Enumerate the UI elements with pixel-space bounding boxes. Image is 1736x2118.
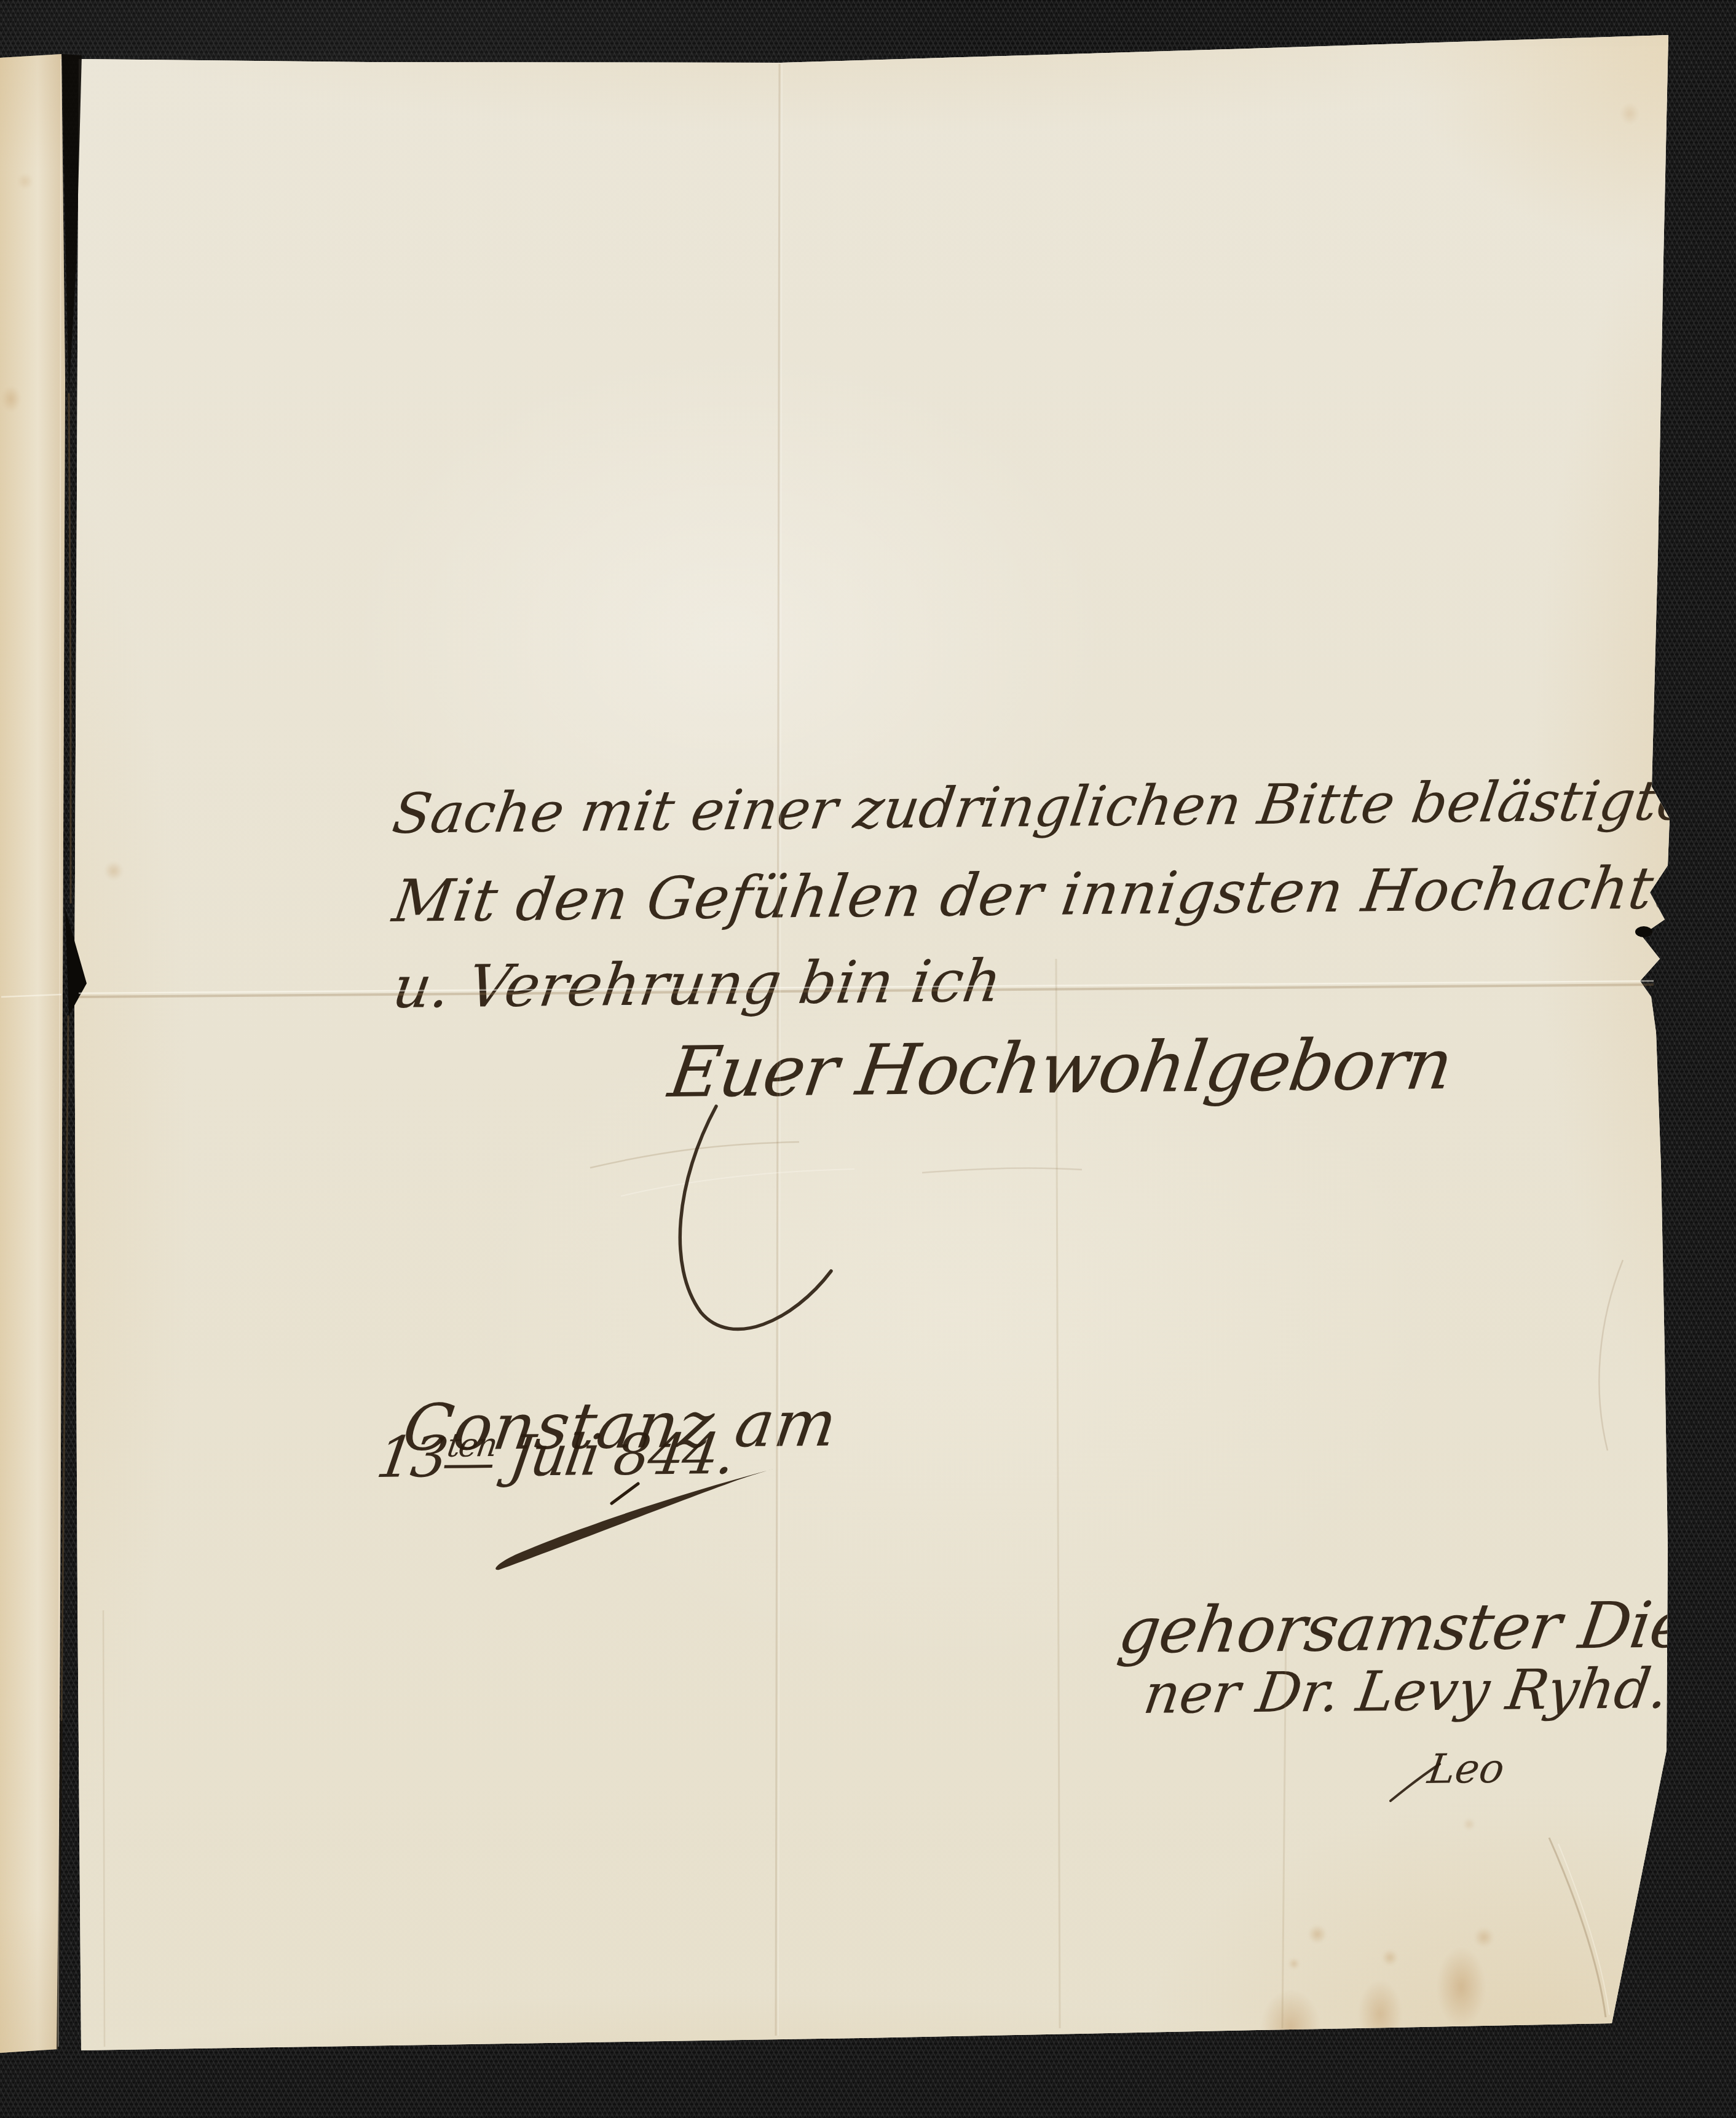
body-line-2: Mit den Gefühlen der innigsten Hochachtu… bbox=[389, 854, 1736, 935]
stain-blob bbox=[1308, 1925, 1327, 1943]
photo-background: Sache mit einer zudringlichen Bitte belä… bbox=[0, 0, 1736, 2118]
stain-blob bbox=[1359, 1980, 1402, 2048]
stain-blob bbox=[1261, 1990, 1320, 2064]
page-stub bbox=[0, 0, 69, 2118]
date-line: 13ten Juli 844. bbox=[373, 1421, 738, 1490]
date-day: 13 bbox=[373, 1424, 451, 1490]
closing-line-2: ner Dr. Levy Ryhd. bbox=[1140, 1656, 1673, 1726]
letter-page: Sache mit einer zudringlichen Bitte belä… bbox=[0, 0, 1736, 2118]
stain-blob bbox=[1382, 1950, 1398, 1966]
stain-blob bbox=[1620, 103, 1639, 124]
body-line-1: Sache mit einer zudringlichen Bitte belä… bbox=[389, 768, 1713, 846]
stain-blob bbox=[1288, 1958, 1300, 1969]
stain-blob bbox=[1463, 1818, 1475, 1830]
date-superscript: ten bbox=[444, 1425, 499, 1468]
stain-blob bbox=[1437, 1947, 1485, 2027]
body-line-3: u. Verehrung bin ich bbox=[389, 948, 1006, 1022]
stain-blob bbox=[105, 862, 123, 880]
date-rest: Juli 844. bbox=[489, 1421, 738, 1489]
salutation-line: Euer Hochwohlgeborn bbox=[664, 1023, 1457, 1113]
closing-line-1: gehorsamster Die= bbox=[1114, 1586, 1736, 1668]
paraph-initials: Leo bbox=[1425, 1745, 1507, 1793]
stain-blob bbox=[1474, 1927, 1494, 1947]
